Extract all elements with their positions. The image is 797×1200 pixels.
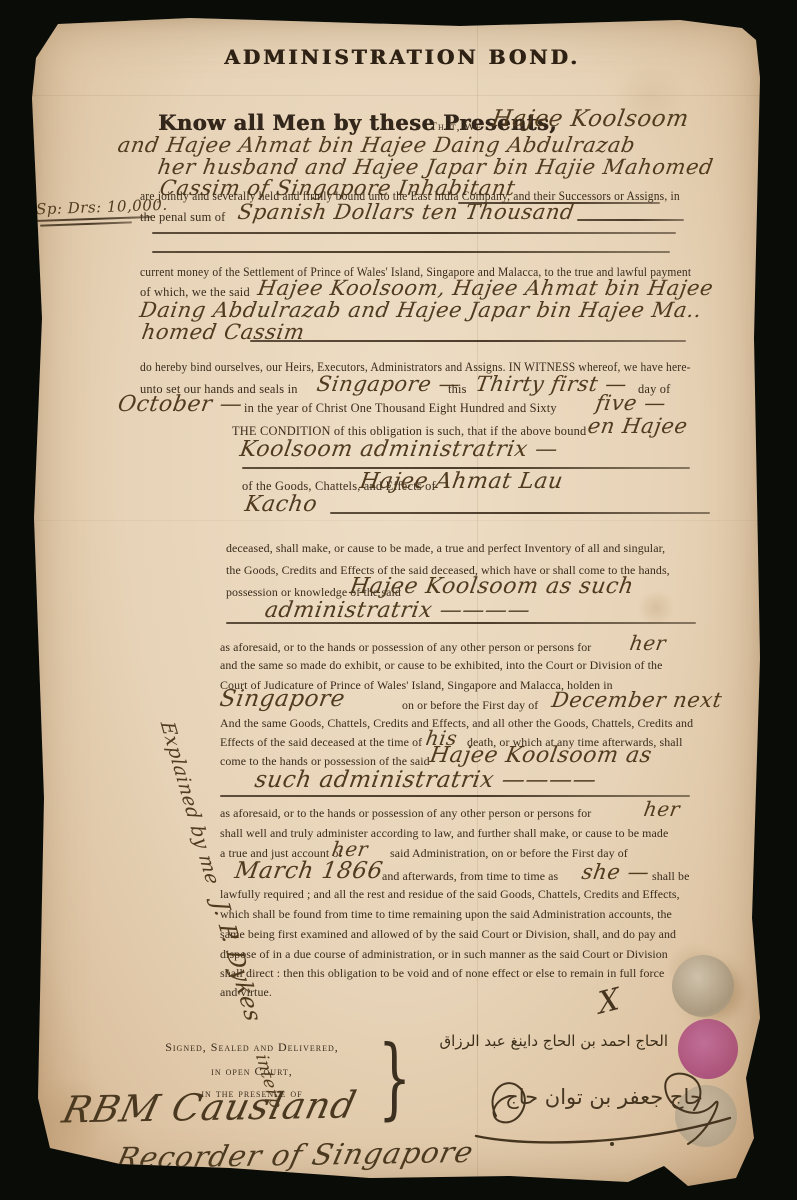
paper-edge-vignette (30, 18, 764, 1188)
document-paper: ADMINISTRATION BOND. Know all Men by the… (30, 18, 764, 1188)
scanned-document-photo: { "doc": { "title": "ADMINISTRATION BOND… (0, 0, 797, 1200)
